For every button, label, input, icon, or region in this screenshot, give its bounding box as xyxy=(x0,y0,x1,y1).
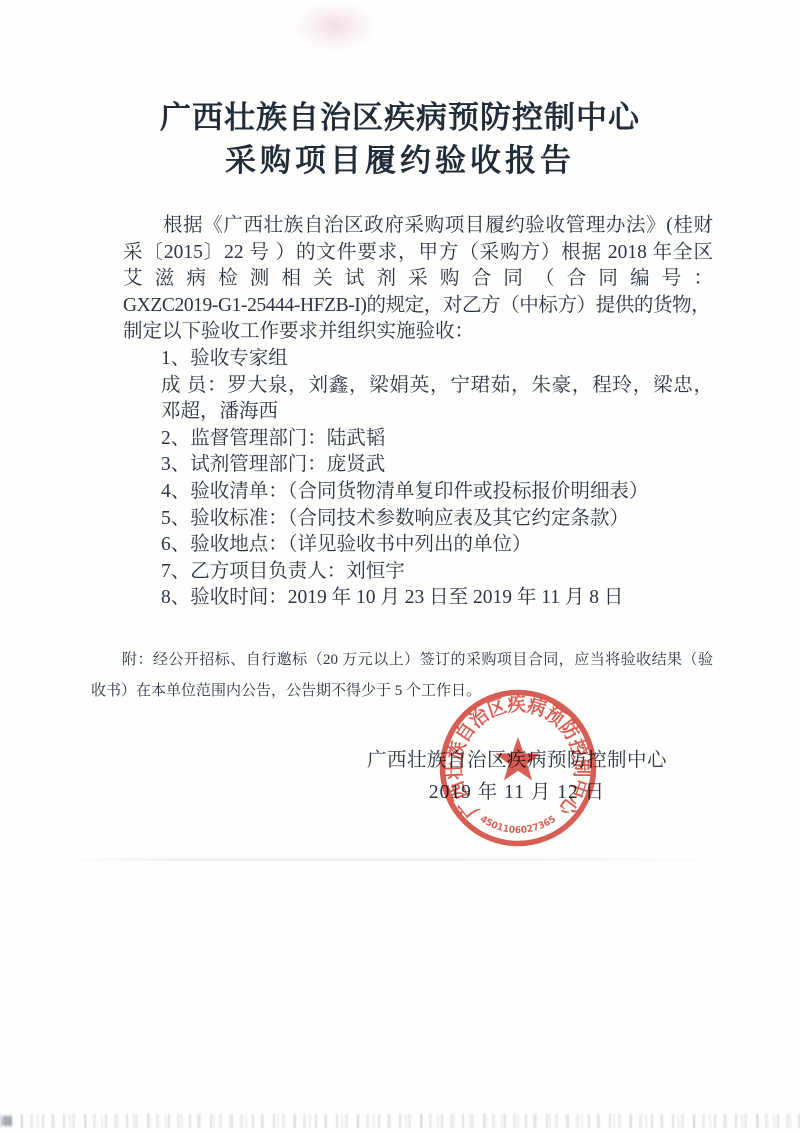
list-item-line: 8、验收时间：2019 年 10 月 23 日至 2019 年 11 月 8 日 xyxy=(123,585,713,612)
list-item-line: 成 员：罗大泉，刘鑫，梁娟英，宁珺茹，朱豪，程玲，梁忠， xyxy=(123,373,713,400)
scan-streak-artifact xyxy=(55,858,745,861)
scanned-document-page: 广西壮族自治区疾病预防控制中心 采购项目履约验收报告 根据《广西壮族自治区政府采… xyxy=(0,0,800,1132)
list-item-line: 邓超，潘海西 xyxy=(123,399,713,426)
document-body: 根据《广西壮族自治区政府采购项目履约验收管理办法》(桂财 采〔2015〕22 号… xyxy=(123,213,713,612)
list-item-line: 4、验收清单：（合同货物清单复印件或投标报价明细表） xyxy=(123,479,713,506)
seal-star-icon xyxy=(495,737,541,780)
paragraph-line: 采〔2015〕22 号 ）的文件要求，甲方（采购方）根据 2018 年全区 xyxy=(123,240,713,267)
note-line: 附：经公开招标、自行邀标（20 万元以上）签订的采购项目合同，应当将验收结果（验 xyxy=(91,645,713,676)
paragraph-line: GXZC2019-G1-25444-HFZB-I)的规定，对乙方（中标方）提供的… xyxy=(123,293,713,320)
scan-noise-band xyxy=(0,1114,800,1128)
document-title-line1: 广西壮族自治区疾病预防控制中心 xyxy=(0,98,800,138)
official-red-seal-stamp: 广西壮族自治区疾病预防控制中心 4501106027365 xyxy=(423,673,613,863)
list-item-line: 6、验收地点：（详见验收书中列出的单位） xyxy=(123,532,713,559)
paragraph-line: 艾滋病检测相关试剂采购合同（合同编号： xyxy=(123,266,713,293)
seal-serial-number: 4501106027365 xyxy=(478,814,558,836)
document-title-line2: 采购项目履约验收报告 xyxy=(0,141,800,181)
paragraph-line: 根据《广西壮族自治区政府采购项目履约验收管理办法》(桂财 xyxy=(123,213,713,240)
scan-smudge-artifact xyxy=(292,0,378,52)
list-item-line: 5、验收标准：（合同技术参数响应表及其它约定条款） xyxy=(123,506,713,533)
list-item-line: 7、乙方项目负责人：刘恒宇 xyxy=(123,559,713,586)
list-item-line: 1、验收专家组 xyxy=(123,346,713,373)
paragraph-line: 制定以下验收工作要求并组织实施验收： xyxy=(123,319,713,346)
list-item-line: 2、监督管理部门：陆武韬 xyxy=(123,426,713,453)
appendix-note: 附：经公开招标、自行邀标（20 万元以上）签订的采购项目合同，应当将验收结果（验… xyxy=(91,645,713,707)
scan-corner-speck xyxy=(2,1116,12,1126)
note-line: 收书）在本单位范围内公告，公告期不得少于 5 个工作日。 xyxy=(91,676,713,707)
list-item-line: 3、试剂管理部门：庞贤武 xyxy=(123,452,713,479)
